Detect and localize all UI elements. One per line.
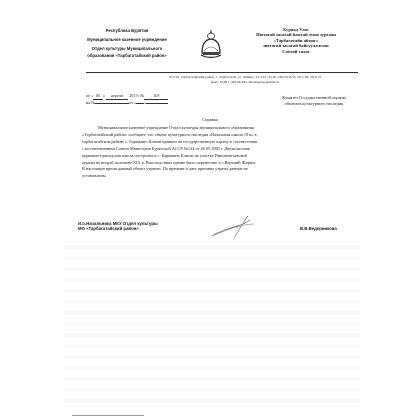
incoming-number-blank: [95, 103, 129, 104]
body-line: с постановлением Совета Министров Бурятс…: [82, 146, 352, 153]
coat-of-arms-icon: [199, 27, 223, 63]
body-line: установлены.: [82, 173, 352, 180]
incoming-reference: на №от «»: [86, 100, 168, 106]
on-prefix: на №: [86, 100, 95, 105]
letterhead-department-buryat: Соёлой тахаг: [236, 49, 356, 54]
reference-number: 103: [144, 93, 168, 100]
body-line: Муниципальное казенное учреждение Отдел …: [82, 125, 352, 132]
reference-block: от «05» апреля 2017г №103 на №от «»: [86, 93, 168, 106]
addressee-line-2: объектов культурного наследия: [258, 101, 370, 107]
reference-month: апреля: [106, 93, 128, 100]
body-line: «Тарбагатайский район» сообщает, что объ…: [82, 132, 352, 139]
fax-email-line: факс: 8-(301 -46)-56-855, mtarbagatay@ma…: [130, 80, 360, 85]
document-body: Муниципальное казенное учреждение Отдел …: [82, 125, 352, 180]
addressee-block: Комитет Государственной охраны объектов …: [258, 95, 370, 106]
letterhead-republic: Республика Бурятия: [62, 28, 192, 35]
signatory-organization: МО «Тарбагатайский район»: [78, 226, 158, 231]
handwritten-signature-icon: [200, 212, 260, 240]
letterhead-address: 671110, Тарбагатайский район, с. Тарбага…: [130, 75, 360, 84]
body-line: церкви во второй половине XIX в. Впослед…: [82, 160, 352, 167]
outgoing-reference: от «05» апреля 2017г №103: [86, 93, 168, 100]
footer-line: [72, 415, 144, 416]
body-line: В настоящее время данный объект утрачен.…: [82, 166, 352, 173]
signatory-name: В.В.Ведерникова: [300, 226, 337, 231]
letterhead-institution: Муниципальное казенное учреждение: [62, 37, 192, 44]
reverse-side-bleed-through: [64, 238, 360, 408]
on-mid: от «: [129, 100, 136, 105]
signatory-position: И.о.Начальника МКУ Отдел культуры МО «Та…: [78, 221, 158, 231]
body-line: церковно-приходская школа построена в с.…: [82, 153, 352, 160]
from-prefix: от «: [86, 93, 93, 98]
letterhead-left-russian: Республика Бурятия Муниципальное казенно…: [62, 28, 192, 59]
letterhead-municipality: образования «Тарбагатайский район»: [62, 53, 192, 60]
incoming-day-blank: [136, 103, 144, 104]
reference-year: 2017г №: [129, 93, 144, 98]
incoming-date-blank: [146, 103, 168, 104]
reference-day: 05: [93, 93, 103, 100]
day-suffix: »: [103, 93, 105, 98]
document-title: Справка: [180, 117, 240, 122]
letterhead-right-buryat: Буряад Улас Нютагай засагай hамгай эмхи …: [236, 27, 356, 54]
body-line: тарбагатайском районе с. Барыкино Ключи …: [82, 139, 352, 146]
letterhead-divider: [86, 72, 358, 73]
